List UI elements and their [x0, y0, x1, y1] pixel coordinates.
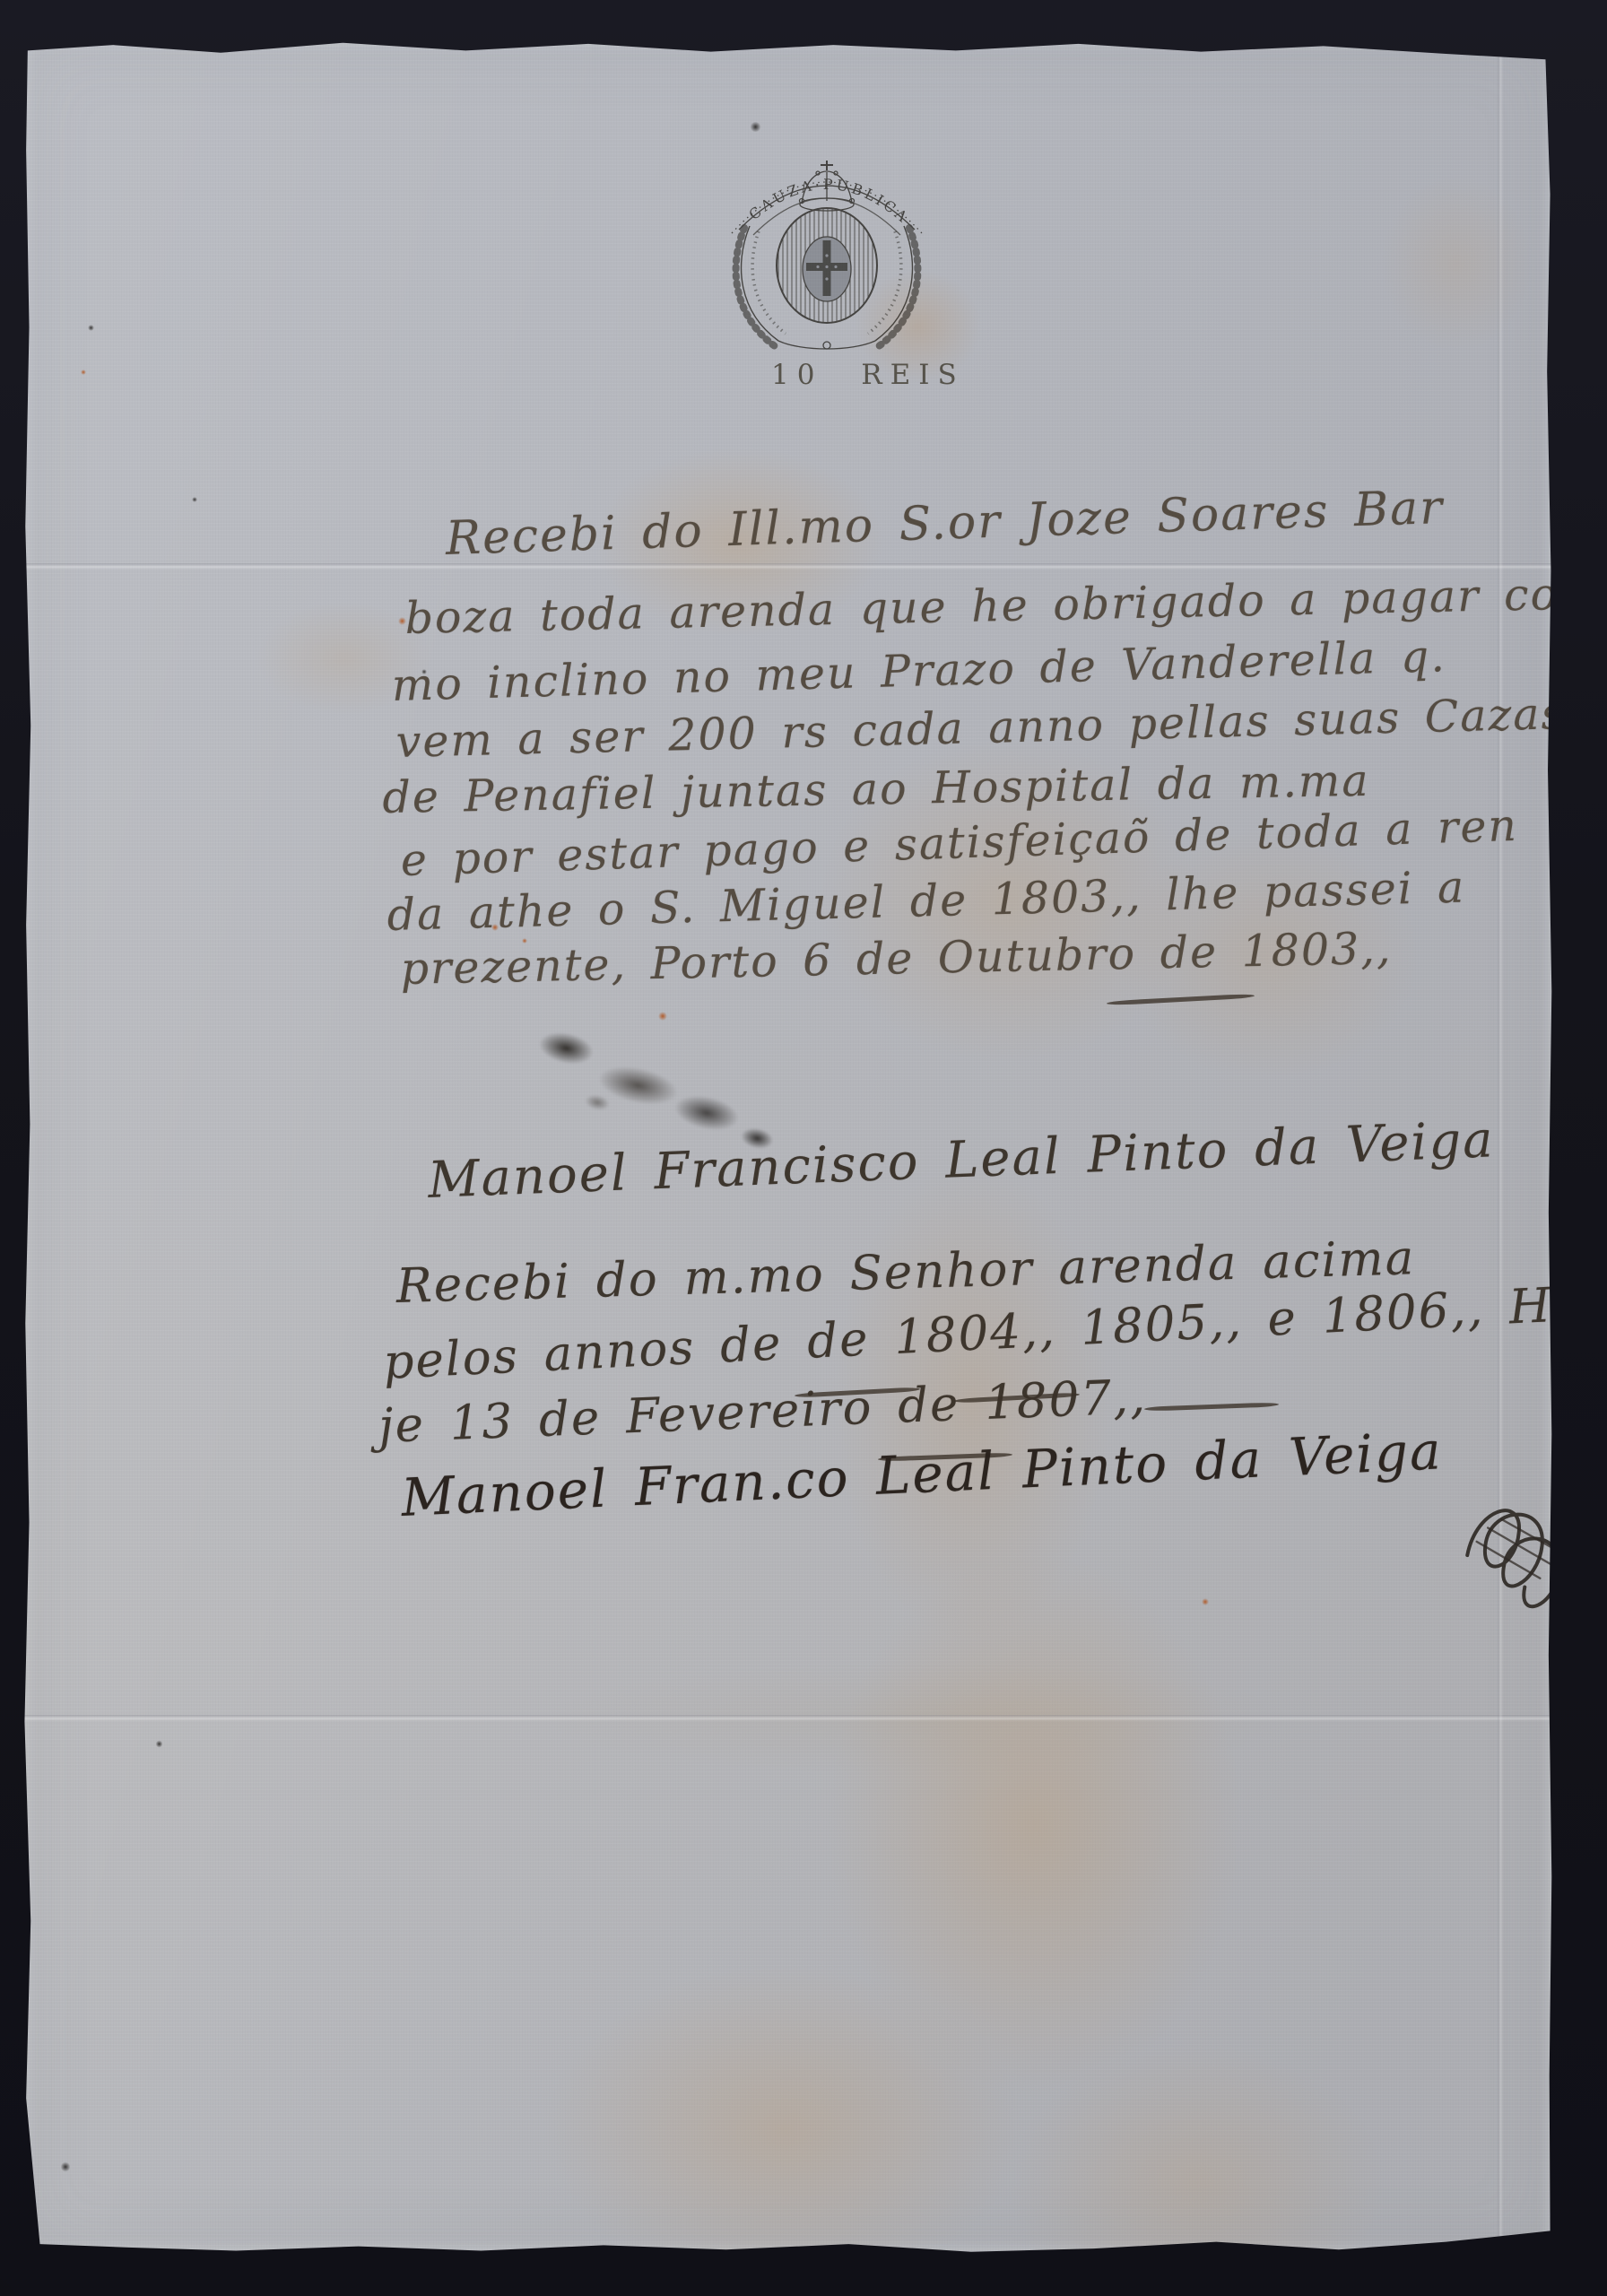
stain-speck	[491, 924, 499, 931]
ink-fleck	[156, 1740, 162, 1748]
ink-fleck	[750, 122, 761, 132]
ink-fleck	[421, 669, 427, 674]
ink-fleck	[61, 2161, 70, 2172]
tax-stamp: CAUZA·PUBLICA	[723, 140, 931, 350]
signature-flourish	[1445, 1481, 1595, 1656]
ink-fleck	[192, 497, 197, 502]
stain-speck	[88, 325, 94, 331]
photo-background: { "photo": { "background_color": "#14141…	[0, 0, 1607, 2296]
stain-speck	[1202, 1598, 1209, 1605]
stain-speck	[658, 1012, 667, 1021]
document-paper: CAUZA·PUBLICA	[22, 39, 1553, 2253]
royal-crown-icon	[800, 161, 855, 211]
stain-speck	[398, 617, 406, 625]
stain-speck	[522, 938, 527, 944]
stain-speck	[81, 370, 86, 375]
royal-arms-shield-icon	[777, 208, 877, 323]
stamp-denomination: 10 REIS	[771, 359, 969, 391]
